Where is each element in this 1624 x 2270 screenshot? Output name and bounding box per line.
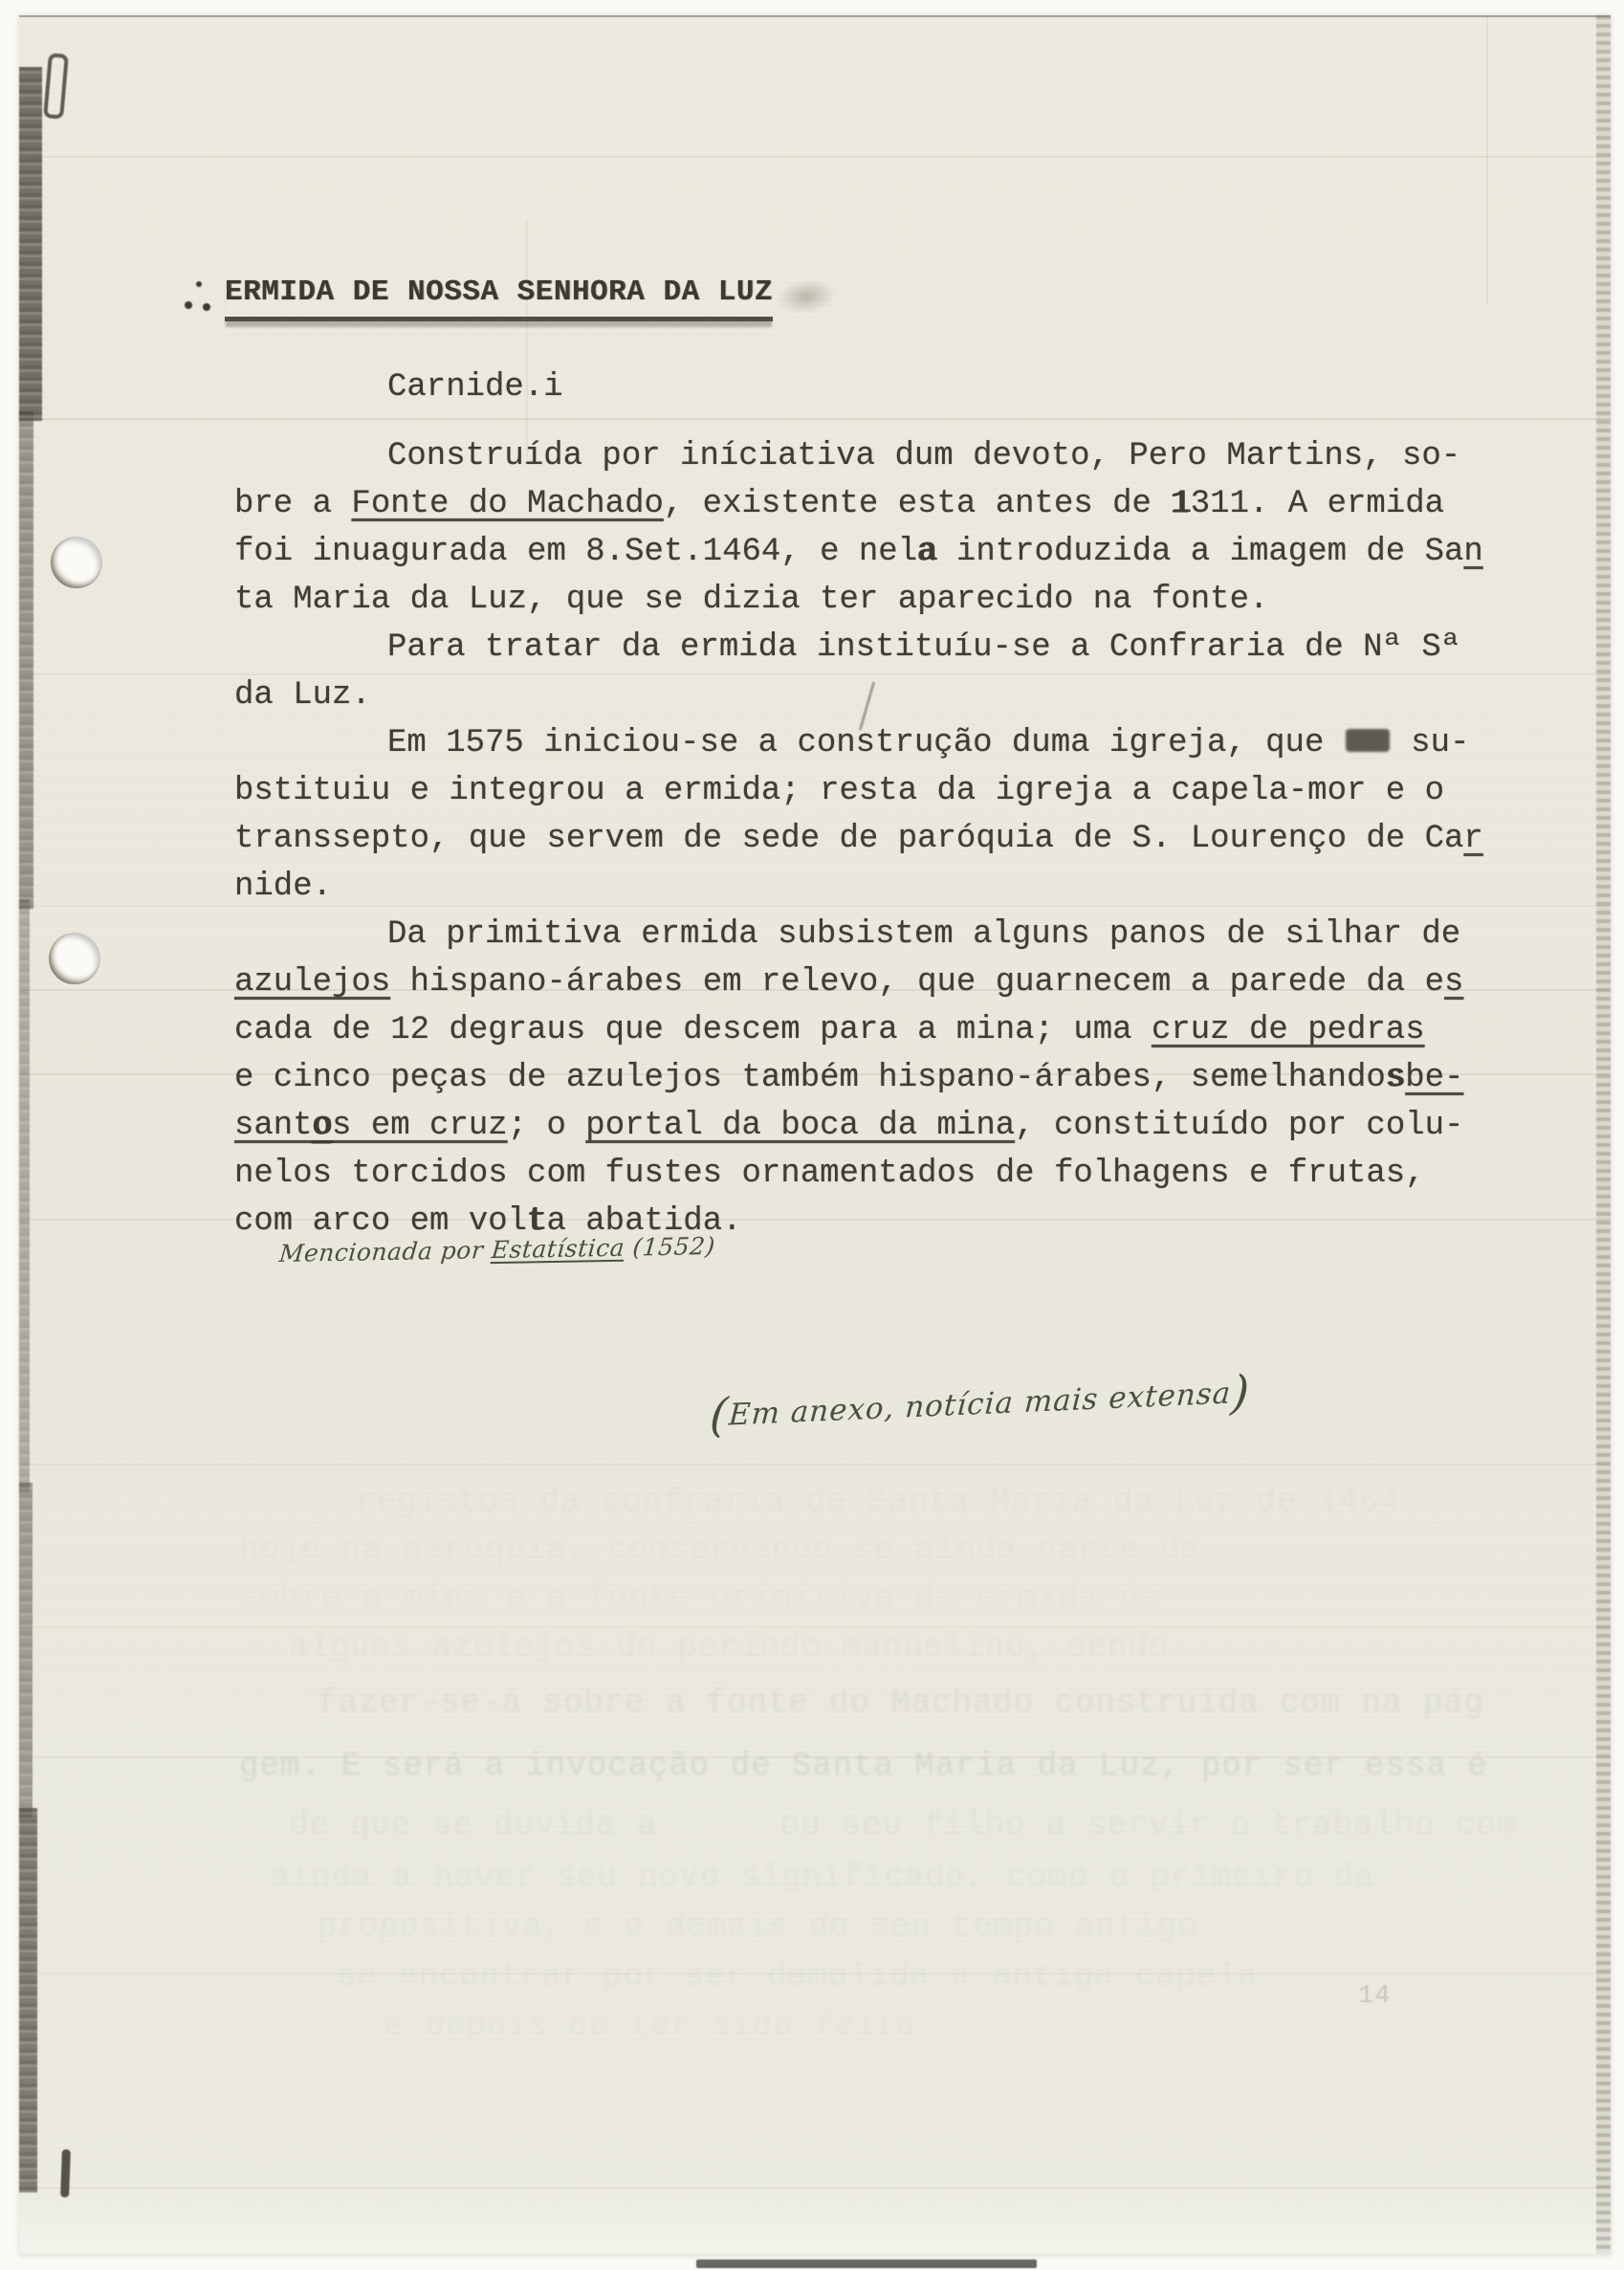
typed-text: Em 1575 iniciou-se a construção duma igr… — [387, 725, 1344, 761]
bleedthrough-line: de que se duvida a ou seu filho a servir… — [289, 1808, 1517, 1844]
ink-dot — [185, 301, 192, 309]
typed-text: ; o — [508, 1108, 586, 1144]
typed-text: Para tratar da ermida instituíu-se a Con… — [387, 629, 1460, 666]
typed-line: Construída por iníciativa dum devoto, Pe… — [234, 432, 1483, 480]
typed-line: nide. — [234, 863, 1483, 911]
typed-text: nide. — [234, 869, 332, 905]
bleedthrough-line: registos da confraria de Santa Maria da … — [356, 1485, 1400, 1521]
typed-text: 311. A ermida — [1191, 486, 1444, 522]
handwritten-text: Mencionada por — [278, 1236, 493, 1267]
fold-line — [526, 220, 528, 459]
typed-line: ta Maria da Luz, que se dizia ter aparec… — [234, 576, 1483, 624]
typed-text: transsepto, que servem de sede de paróqu… — [234, 821, 1463, 857]
typed-text: , existente esta antes de — [664, 486, 1172, 522]
typed-line: da Luz. — [234, 672, 1483, 719]
binding-edge-smudge — [19, 67, 42, 421]
typed-text: , constituído por colu- — [1015, 1108, 1463, 1144]
typed-line: azulejos hispano-árabes em relevo, que g… — [234, 959, 1483, 1006]
scan-bottom-bar — [696, 2259, 1037, 2268]
typed-text: introduzida a imagem de Sa — [937, 534, 1464, 570]
typed-text: Construída por iníciativa dum devoto, Pe… — [387, 438, 1460, 474]
typed-line: bre a Fonte do Machado, existente esta a… — [234, 480, 1483, 528]
ink-dot — [203, 303, 210, 311]
typed-text: foi inuagurada em 8.Set.1464, e nel — [234, 534, 917, 570]
handwritten-paren-close: ) — [1229, 1366, 1251, 1421]
ink-blot-strikeout — [1346, 729, 1390, 752]
punch-hole — [51, 537, 102, 588]
typed-text: ta Maria da Luz, que se dizia ter aparec… — [234, 582, 1268, 618]
typed-text: cada de 12 degraus que descem para a min… — [234, 1012, 1152, 1048]
typed-line: transsepto, que servem de sede de paróqu… — [234, 815, 1483, 863]
typed-text-underlined: s — [1444, 964, 1463, 1001]
bleedthrough-line: hoje na paróquia, conservando-se ainda p… — [239, 1532, 1201, 1569]
bleedthrough-line: alguns azulejos do período manuelino, se… — [289, 1630, 1169, 1666]
typed-text-underlined: s em cruz — [332, 1108, 508, 1144]
typed-text: e cinco peças de azulejos também hispano… — [234, 1060, 1386, 1096]
typed-line: Para tratar da ermida instituíu-se a Con… — [234, 624, 1483, 672]
typed-text-underlined: cruz de pedras — [1152, 1012, 1425, 1048]
handwritten-paren-open: ( — [709, 1388, 731, 1443]
bleedthrough-line: gem. E será a invocação de Santa Maria d… — [239, 1749, 1488, 1785]
typed-text: da Luz. — [234, 677, 371, 714]
binding-edge-smudge — [19, 899, 30, 1492]
scanned-document-page: { "page": { "kind": "scanned typewritten… — [0, 0, 1624, 2270]
typed-text: bstituiu e integrou a ermida; resta da i… — [234, 773, 1444, 809]
typed-line: santos em cruz; o portal da boca da mina… — [234, 1102, 1483, 1150]
fold-line — [1486, 17, 1488, 304]
bleedthrough-line: e depois de ter sido feita — [384, 2009, 917, 2045]
typed-text: a — [917, 534, 936, 570]
typed-text: Da primitiva ermida subsistem alguns pan… — [387, 916, 1460, 953]
ghost-page-number: 14 — [1358, 1982, 1391, 2011]
fold-line — [19, 2187, 1611, 2189]
typed-line: Da primitiva ermida subsistem alguns pan… — [234, 911, 1483, 959]
typed-text: s — [1386, 1060, 1405, 1096]
binding-edge-smudge — [19, 1483, 33, 1818]
typed-text-underlined: be- — [1405, 1060, 1463, 1096]
fold-line — [19, 1626, 1611, 1628]
bleedthrough-line: propositiva, e o demais do seu tempo ant… — [318, 1909, 1197, 1946]
fold-line — [19, 418, 1611, 420]
bleedthrough-line: ainda a haver seu novo significado, como… — [270, 1860, 1375, 1896]
typed-text-underlined: o — [313, 1108, 332, 1144]
document-title: ERMIDA DE NOSSA SENHORA DA LUZ — [225, 275, 773, 321]
paper-bottom-fade — [19, 2181, 1611, 2254]
typed-line: Em 1575 iniciou-se a construção duma igr… — [234, 719, 1483, 767]
typed-text: hispano-árabes em relevo, que guarnecem … — [390, 964, 1444, 1001]
bleedthrough-line: se encontrar por ser demolida a antiga c… — [337, 1959, 1258, 1995]
typed-text-underlined: Fonte do Machado — [351, 486, 663, 522]
typed-text: 1 — [1171, 486, 1190, 522]
typed-line: foi inuagurada em 8.Set.1464, e nela int… — [234, 528, 1483, 576]
typed-text-underlined: azulejos — [234, 964, 390, 1001]
typed-text: su- — [1392, 725, 1470, 761]
typed-line: cada de 12 degraus que descem para a min… — [234, 1006, 1483, 1054]
scan-right-edge — [1596, 15, 1611, 2254]
typed-line: nelos torcidos com fustes ornamentados d… — [234, 1150, 1483, 1198]
handwritten-text: (1552) — [624, 1232, 716, 1262]
fold-line — [19, 156, 1611, 158]
typed-line: bstituiu e integrou a ermida; resta da i… — [234, 767, 1483, 815]
typed-text: com arco em vol — [234, 1203, 527, 1240]
typed-text-underlined: n — [1463, 534, 1482, 570]
ink-dot — [196, 281, 202, 287]
bleedthrough-line: sobre a mina e a fonte primitiva da ermi… — [239, 1580, 1160, 1617]
fold-line — [19, 1464, 1611, 1466]
typed-text: nelos torcidos com fustes ornamentados d… — [234, 1156, 1425, 1192]
punch-hole — [49, 933, 100, 984]
binding-edge-smudge — [19, 1808, 37, 2193]
typed-text-underlined: portal da boca da mina — [585, 1108, 1015, 1144]
typed-text: bre a — [234, 486, 351, 522]
location-line: Carnide.i — [387, 364, 563, 411]
typed-text-underlined: sant — [234, 1108, 313, 1144]
typed-body: Construída por iníciativa dum devoto, Pe… — [234, 432, 1483, 1245]
staple-mark — [60, 2149, 71, 2197]
typed-line: e cinco peças de azulejos também hispano… — [234, 1054, 1483, 1102]
bleedthrough-line: fazer-se-á sobre a fonte do Machado cons… — [318, 1686, 1484, 1722]
handwritten-underlined-term: Estatística — [491, 1234, 626, 1264]
binding-edge-smudge — [19, 411, 33, 909]
typed-text-underlined: r — [1463, 821, 1482, 857]
